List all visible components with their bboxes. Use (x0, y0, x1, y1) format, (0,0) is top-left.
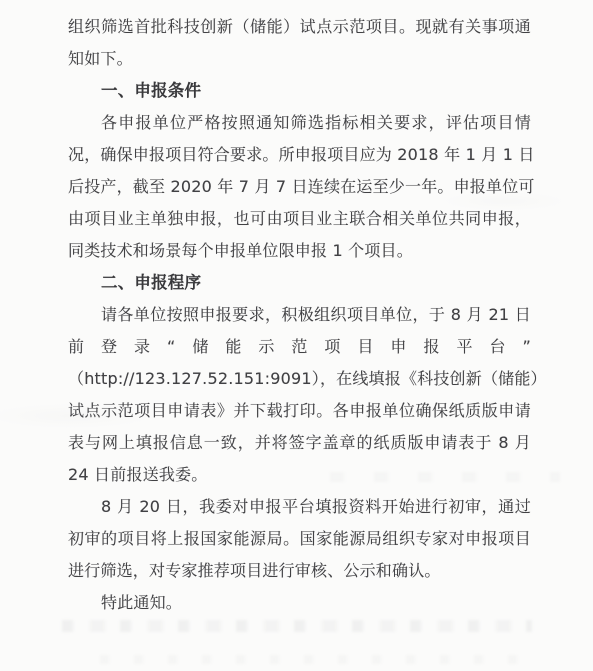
text-line: 表与网上填报信息一致，并将签字盖章的纸质版申请表于 8 月 (68, 427, 531, 459)
heading-application-procedure: 二、申报程序 (68, 267, 531, 299)
text-line: 后投产，截至 2020 年 7 月 7 日连续在运至少一年。申报单位可 (68, 171, 531, 203)
heading-application-conditions: 一、申报条件 (68, 75, 531, 107)
text-line: 24 日前报送我委。 (68, 459, 531, 491)
text-line: 知如下。 (68, 43, 531, 75)
scanned-document-page: 组织筛选首批科技创新（储能）试点示范项目。现就有关事项通 知如下。 一、申报条件… (0, 0, 593, 671)
text-line: 试点示范项目申请表》并下载打印。各申报单位确保纸质版申请 (68, 395, 531, 427)
text-line: 况，确保申报项目符合要求。所申报项目应为 2018 年 1 月 1 日 (68, 139, 531, 171)
text-line-closing: 特此通知。 (68, 587, 531, 619)
text-line: 各申报单位严格按照通知筛选指标相关要求，评估项目情 (68, 107, 531, 139)
scan-bleedthrough-artifact (100, 655, 540, 664)
text-line: 请各单位按照申报要求，积极组织项目单位，于 8 月 21 日 (68, 299, 531, 331)
scan-bleedthrough-artifact (62, 620, 532, 632)
text-line: 同类技术和场景每个申报单位限申报 1 个项目。 (68, 235, 531, 267)
text-line: 由项目业主单独申报，也可由项目业主联合相关单位共同申报， (68, 203, 531, 235)
text-line-platform-name: 前登录“储能示范项目申报平台” (68, 331, 531, 363)
text-line: 组织筛选首批科技创新（储能）试点示范项目。现就有关事项通 (68, 11, 531, 43)
text-line-platform-url: （http://123.127.52.151:9091），在线填报《科技创新（储… (68, 363, 531, 395)
text-line: 初审的项目将上报国家能源局。国家能源局组织专家对申报项目 (68, 523, 531, 555)
text-line: 8 月 20 日，我委对申报平台填报资料开始进行初审，通过 (68, 491, 531, 523)
text-line: 进行筛选，对专家推荐项目进行审核、公示和确认。 (68, 555, 531, 587)
document-body: 组织筛选首批科技创新（储能）试点示范项目。现就有关事项通 知如下。 一、申报条件… (68, 11, 531, 619)
